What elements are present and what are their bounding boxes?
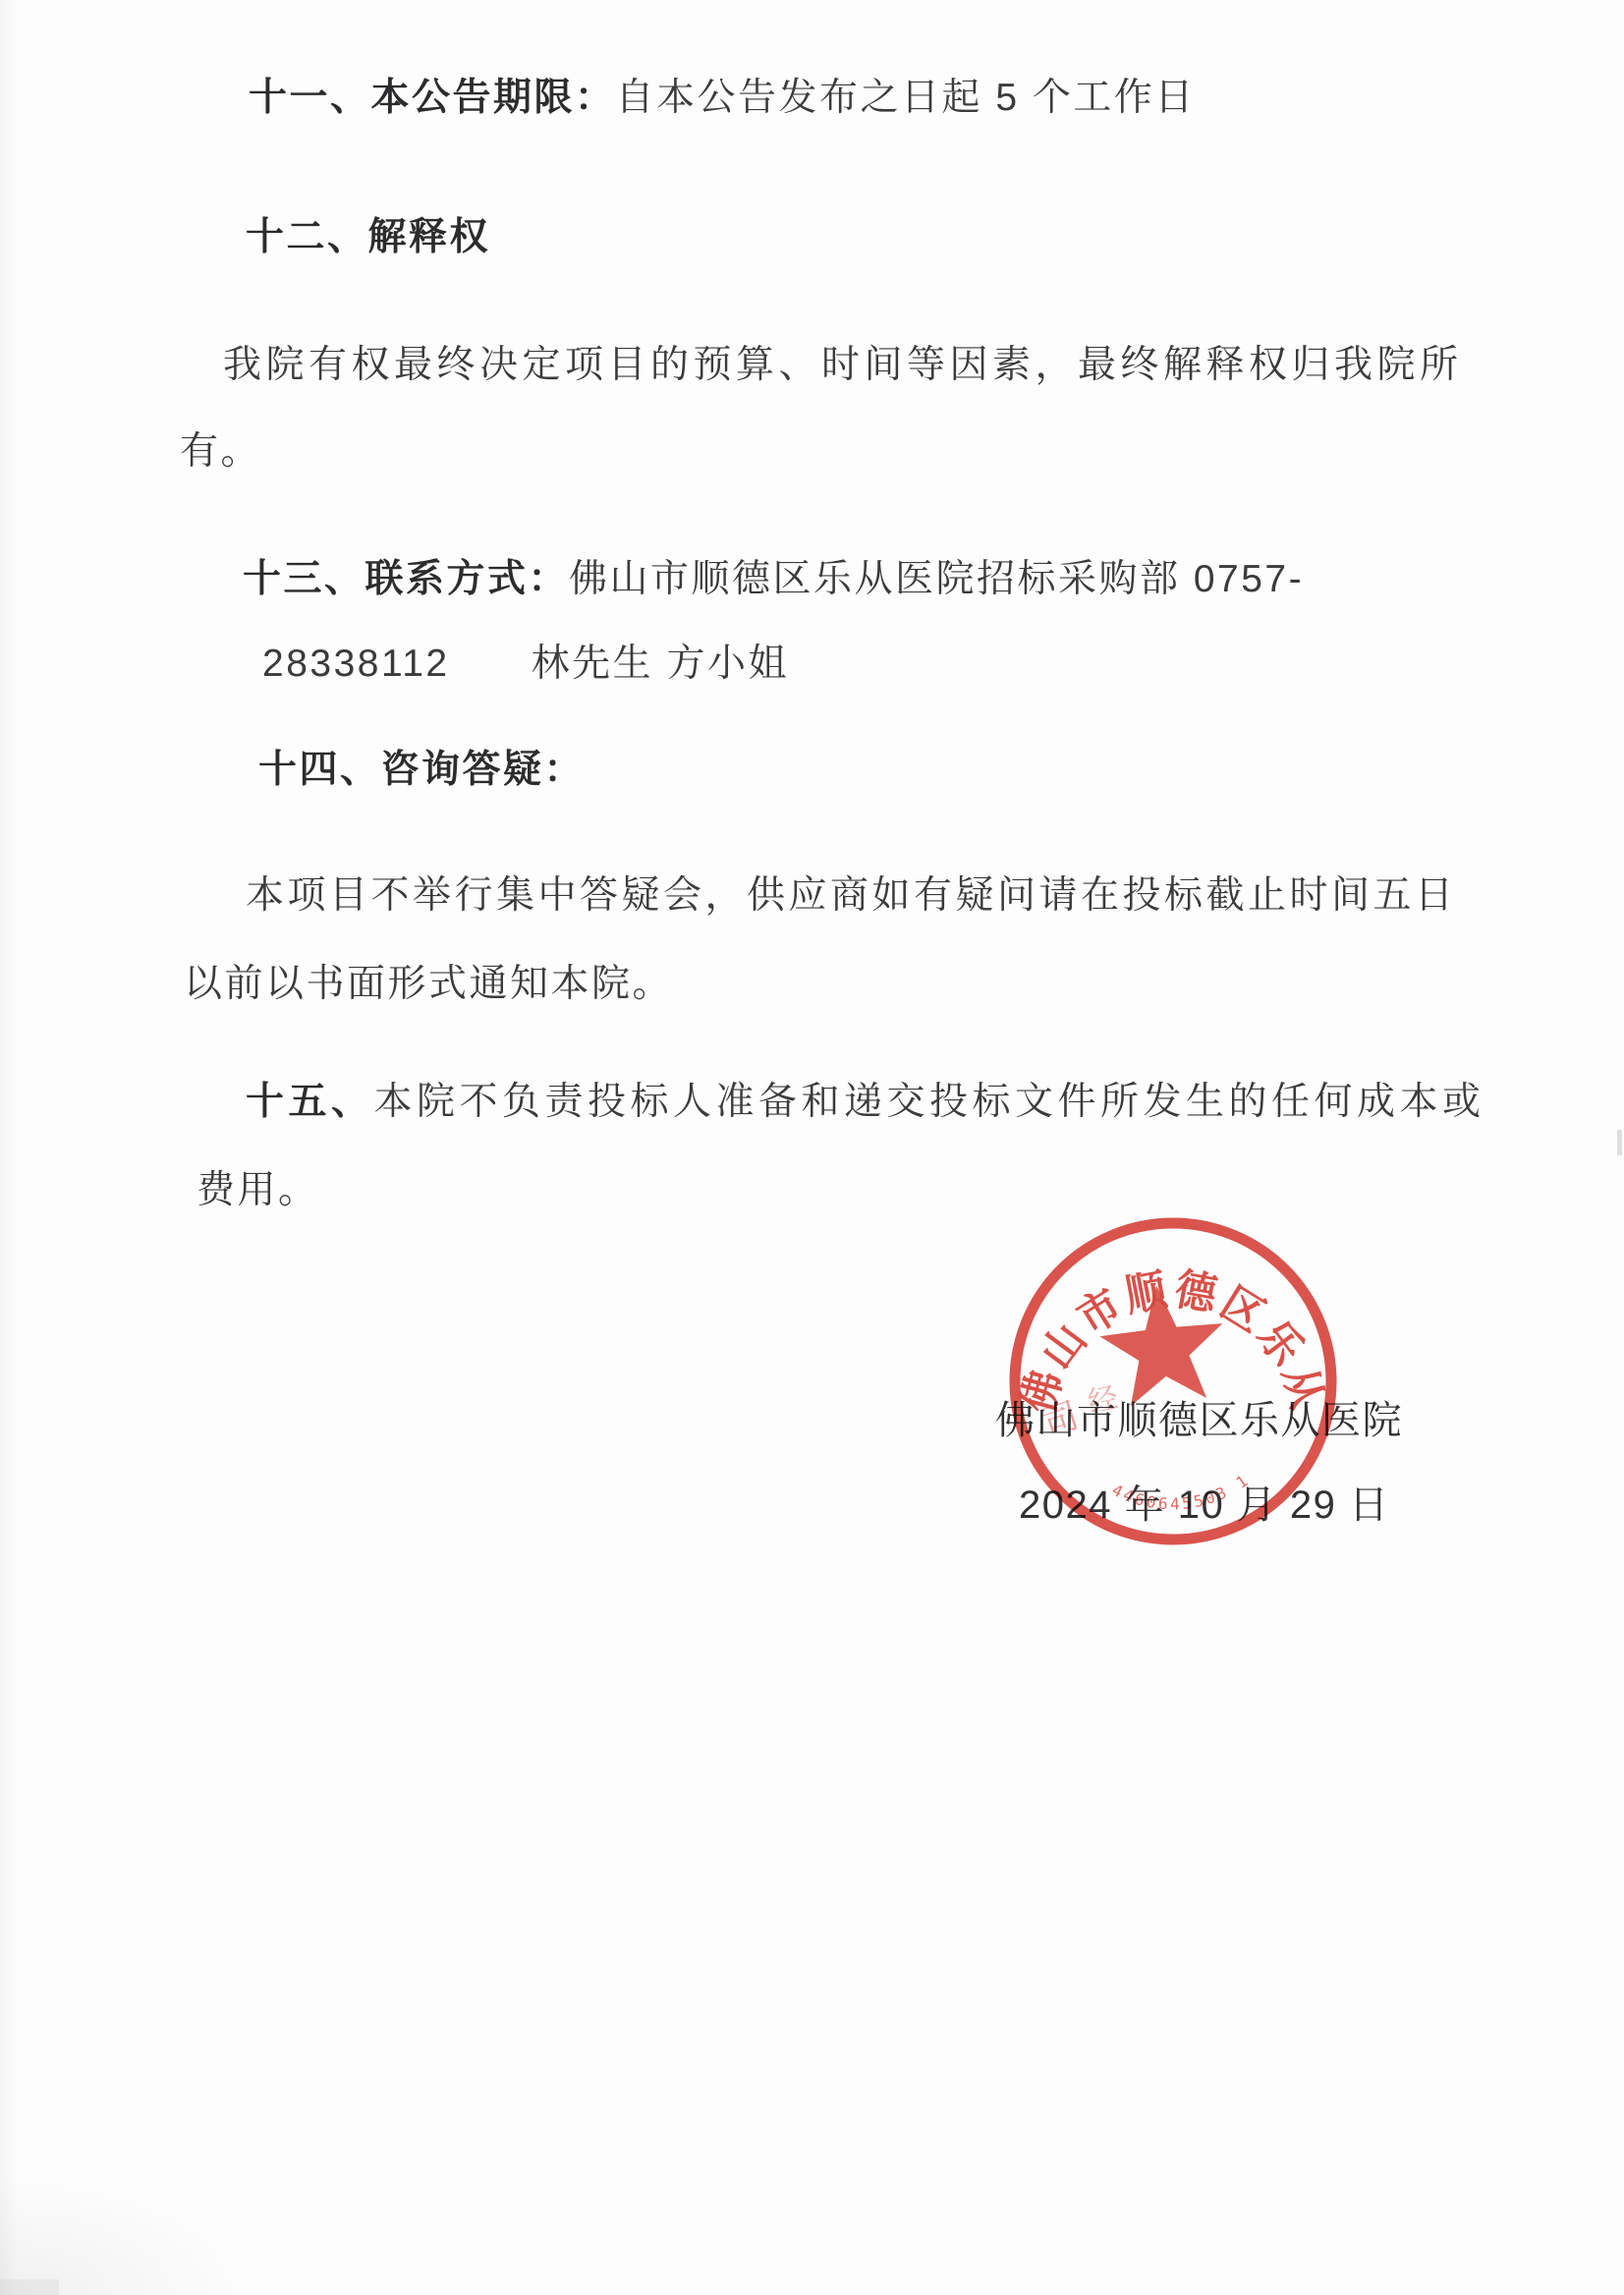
section-13-text: 佛山市顺德区乐从医院招标采购部 0757- — [569, 558, 1304, 600]
seal-ring-text: 佛山市顺德区乐从医院 — [990, 1199, 1333, 1418]
section-12-line: 十二、解释权 — [246, 214, 490, 262]
section-11-line: 十一、本公告期限：自本公告发布之日起 5 个工作日 — [249, 75, 1196, 123]
section-14-paragraph-line-1: 本项目不举行集中答疑会，供应商如有疑问请在投标截止时间五日 — [246, 872, 1457, 921]
signature-date: 2024 年 10 月 29 日 — [1019, 1474, 1390, 1530]
section-11-heading: 十一、本公告期限： — [249, 77, 616, 119]
section-15-heading: 十五、 — [246, 1081, 374, 1123]
section-12-heading: 十二、解释权 — [246, 216, 490, 258]
section-14-line: 十四、咨询答疑： — [258, 747, 585, 795]
section-15-text: 本院不负责投标人准备和递交投标文件所发生的任何成本或 — [374, 1081, 1485, 1123]
signature-organization: 佛山市顺德区乐从医院 — [995, 1389, 1403, 1445]
section-13-contact-line: 28338112 林先生 方小姐 — [262, 641, 789, 689]
section-13-heading: 十三、联系方式： — [243, 558, 569, 600]
section-13-line: 十三、联系方式：佛山市顺德区乐从医院招标采购部 0757- — [243, 556, 1304, 604]
section-14-heading: 十四、咨询答疑： — [258, 749, 585, 791]
section-12-paragraph-line-1: 我院有权最终决定项目的预算、时间等因素，最终解释权归我院所 — [223, 342, 1463, 390]
document-page: 十一、本公告期限：自本公告发布之日起 5 个工作日 十二、解释权 我院有权最终决… — [0, 0, 1624, 2295]
section-11-text: 自本公告发布之日起 5 个工作日 — [616, 77, 1196, 119]
scan-artifact — [1617, 1130, 1622, 1155]
section-12-paragraph-line-2: 有。 — [180, 428, 261, 476]
contact-phone-and-names: 28338112 林先生 方小姐 — [262, 643, 789, 685]
scan-artifact — [0, 2279, 59, 2295]
section-15-line: 十五、本院不负责投标人准备和递交投标文件所发生的任何成本或 — [246, 1079, 1485, 1127]
section-15-paragraph-line-2: 费用。 — [196, 1167, 319, 1215]
section-14-paragraph-line-2: 以前以书面形式通知本院。 — [184, 961, 673, 1009]
